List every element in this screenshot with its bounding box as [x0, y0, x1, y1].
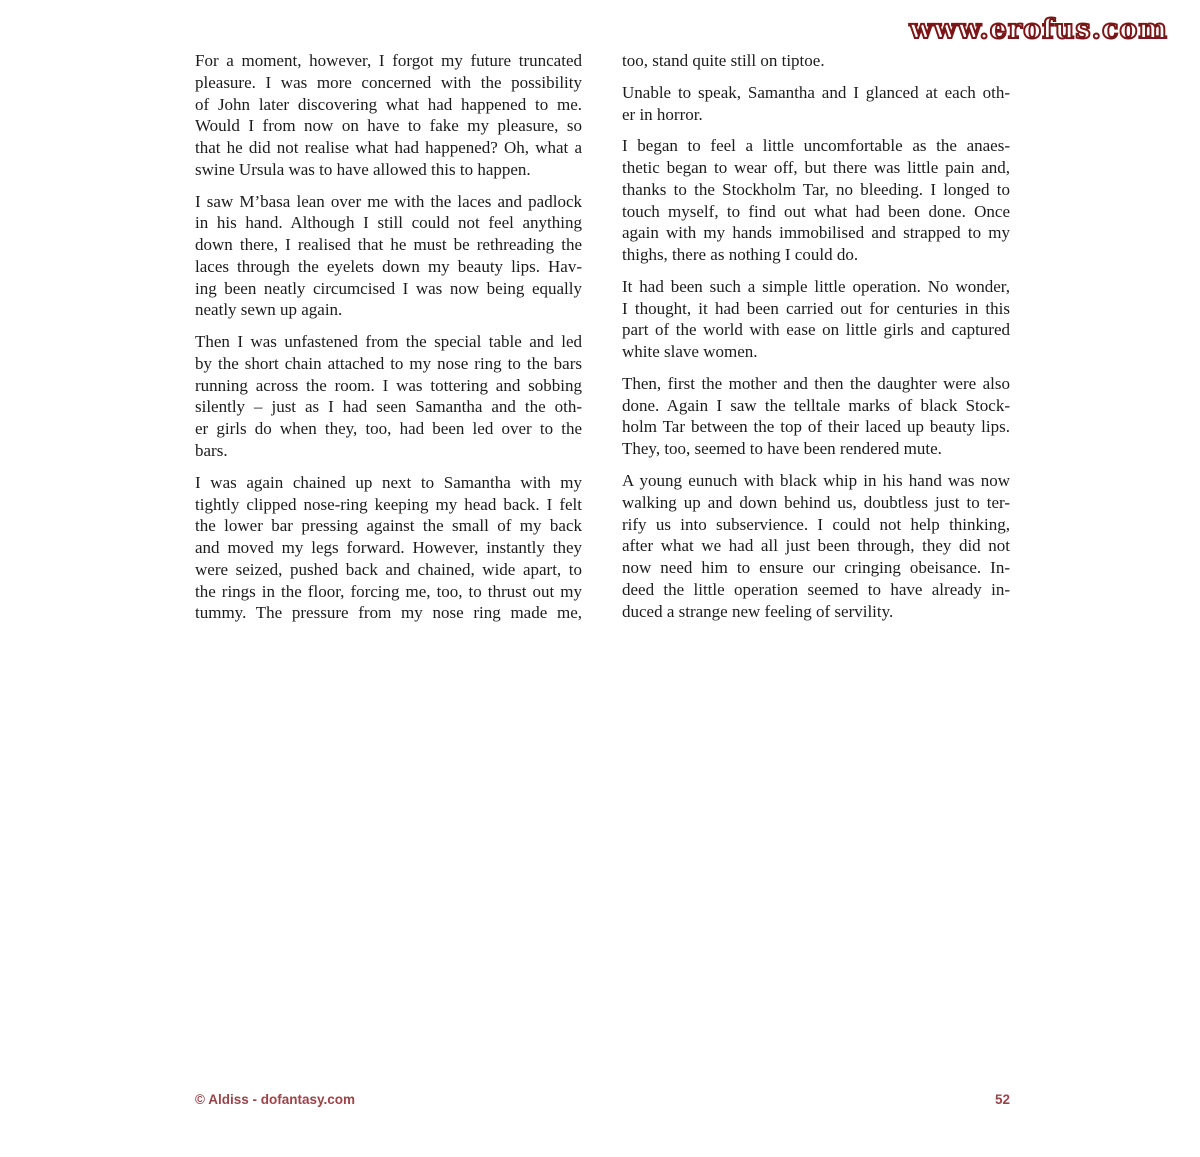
text-line: For a moment, however, I forgot my futur… — [195, 50, 582, 72]
paragraph: I was again chained up next to Samantha … — [195, 472, 582, 624]
paragraph: Then, first the mother and then the daug… — [622, 373, 1010, 460]
text-line: They, too, seemed to have been rendered … — [622, 438, 1010, 460]
text-line: of John later discovering what had happe… — [195, 94, 582, 116]
text-line: bars. — [195, 440, 582, 462]
text-line: It had been such a simple little operati… — [622, 276, 1010, 298]
text-line: now need him to ensure our cringing obei… — [622, 557, 1010, 579]
paragraph: Unable to speak, Samantha and I glanced … — [622, 82, 1010, 126]
text-line: touch myself, to find out what had been … — [622, 201, 1010, 223]
text-line: again with my hands immobilised and stra… — [622, 222, 1010, 244]
text-line: A young eunuch with black whip in his ha… — [622, 470, 1010, 492]
text-line: holm Tar between the top of their laced … — [622, 416, 1010, 438]
text-line: er in horror. — [622, 104, 1010, 126]
text-line: thetic began to wear off, but there was … — [622, 157, 1010, 179]
text-line: the lower bar pressing against the small… — [195, 515, 582, 537]
footer-copyright: © Aldiss - dofantasy.com — [195, 1092, 355, 1107]
text-line: pleasure. I was more concerned with the … — [195, 72, 582, 94]
paragraph: For a moment, however, I forgot my futur… — [195, 50, 582, 181]
text-line: rify us into subservience. I could not h… — [622, 514, 1010, 536]
text-line: I thought, it had been carried out for c… — [622, 298, 1010, 320]
paragraph: A young eunuch with black whip in his ha… — [622, 470, 1010, 622]
document-page: www.erofus.com For a moment, however, I … — [0, 0, 1200, 1157]
text-line: er girls do when they, too, had been led… — [195, 418, 582, 440]
text-line: ing been neatly circumcised I was now be… — [195, 278, 582, 300]
text-line: by the short chain attached to my nose r… — [195, 353, 582, 375]
text-line: duced a strange new feeling of servility… — [622, 601, 1010, 623]
text-line: white slave women. — [622, 341, 1010, 363]
text-line: done. Again I saw the telltale marks of … — [622, 395, 1010, 417]
paragraph: too, stand quite still on tiptoe. — [622, 50, 1010, 72]
text-line: silently – just as I had seen Samantha a… — [195, 396, 582, 418]
text-line: that he did not realise what had happene… — [195, 137, 582, 159]
paragraph: I saw M’basa lean over me with the laces… — [195, 191, 582, 322]
text-line: and moved my legs forward. However, inst… — [195, 537, 582, 559]
text-line: after what we had all just been through,… — [622, 535, 1010, 557]
text-line: part of the world with ease on little gi… — [622, 319, 1010, 341]
text-line: I began to feel a little uncomfortable a… — [622, 135, 1010, 157]
two-column-text: For a moment, however, I forgot my futur… — [195, 50, 1010, 634]
text-line: Then I was unfastened from the special t… — [195, 331, 582, 353]
paragraph: It had been such a simple little operati… — [622, 276, 1010, 363]
text-line: Then, first the mother and then the daug… — [622, 373, 1010, 395]
text-line: swine Ursula was to have allowed this to… — [195, 159, 582, 181]
text-line: I saw M’basa lean over me with the laces… — [195, 191, 582, 213]
text-line: too, stand quite still on tiptoe. — [622, 50, 1010, 72]
text-line: tummy. The pressure from my nose ring ma… — [195, 602, 582, 624]
text-column-right: too, stand quite still on tiptoe.Unable … — [622, 50, 1010, 634]
watermark: www.erofus.com — [909, 14, 1168, 45]
text-line: I was again chained up next to Samantha … — [195, 472, 582, 494]
text-line: down there, I realised that he must be r… — [195, 234, 582, 256]
text-line: running across the room. I was tottering… — [195, 375, 582, 397]
text-line: the rings in the floor, forcing me, too,… — [195, 581, 582, 603]
text-line: deed the little operation seemed to have… — [622, 579, 1010, 601]
text-column-left: For a moment, however, I forgot my futur… — [195, 50, 582, 634]
text-line: neatly sewn up again. — [195, 299, 582, 321]
paragraph: I began to feel a little uncomfortable a… — [622, 135, 1010, 266]
paragraph: Then I was unfastened from the special t… — [195, 331, 582, 462]
text-line: Would I from now on have to fake my plea… — [195, 115, 582, 137]
text-line: walking up and down behind us, doubtless… — [622, 492, 1010, 514]
text-line: thanks to the Stockholm Tar, no bleeding… — [622, 179, 1010, 201]
page-number: 52 — [995, 1092, 1010, 1107]
text-line: in his hand. Although I still could not … — [195, 212, 582, 234]
text-line: laces through the eyelets down my beauty… — [195, 256, 582, 278]
text-line: tightly clipped nose-ring keeping my hea… — [195, 494, 582, 516]
text-line: thighs, there as nothing I could do. — [622, 244, 1010, 266]
text-line: were seized, pushed back and chained, wi… — [195, 559, 582, 581]
text-line: Unable to speak, Samantha and I glanced … — [622, 82, 1010, 104]
